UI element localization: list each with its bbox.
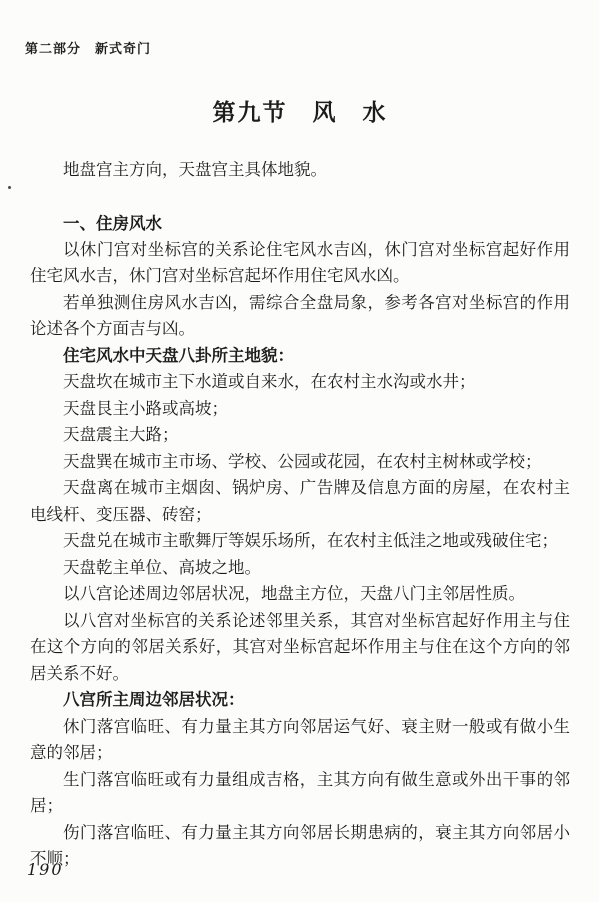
body-paragraph: 天盘乾主单位、高坡之地。 xyxy=(30,555,570,582)
body-paragraph: 以八宫对坐标宫的关系论述邻里关系，其宫对坐标宫起好作用主与住在这个方向的邻居关系… xyxy=(30,608,570,688)
body-paragraph: 天盘艮主小路或高坡； xyxy=(30,396,570,423)
scan-artifact-dot xyxy=(8,186,11,189)
body-paragraph: 以休门宫对坐标宫的关系论住宅风水吉凶，休门宫对坐标宫起好作用住宅风水吉，休门宫对… xyxy=(30,237,570,290)
body-paragraph: 天盘坎在城市主下水道或自来水，在农村主水沟或水井； xyxy=(30,369,570,396)
body-paragraph: 若单独测住房风水吉凶，需综合全盘局象，参考各宫对坐标宫的作用论述各个方面吉与凶。 xyxy=(30,290,570,343)
section-heading: 一、住房风水 xyxy=(30,210,570,237)
page-body: 第九节 风 水 地盘宫主方向，天盘宫主具体地貌。 一、住房风水 以休门宫对坐标宫… xyxy=(30,94,570,873)
body-paragraph: 天盘兑在城市主歌舞厅等娱乐场所，在农村主低洼之地或残破住宅； xyxy=(30,528,570,555)
body-paragraph: 生门落宫临旺或有力量组成吉格，主其方向有做生意或外出干事的邻居； xyxy=(30,767,570,820)
page-number: 190 xyxy=(27,860,64,879)
intro-paragraph: 地盘宫主方向，天盘宫主具体地貌。 xyxy=(30,157,570,184)
body-paragraph: 休门落宫临旺、有力量主其方向邻居运气好、衰主财一般或有做小生意的邻居； xyxy=(30,714,570,767)
bold-subheading: 八宫所主周边邻居状况： xyxy=(30,687,570,714)
body-paragraph: 天盘巽在城市主市场、学校、公园或花园，在农村主树林或学校； xyxy=(30,449,570,476)
body-paragraph: 天盘震主大路； xyxy=(30,422,570,449)
page-title: 第九节 风 水 xyxy=(30,94,570,127)
body-paragraph: 天盘离在城市主烟囱、锅炉房、广告牌及信息方面的房屋，在农村主电线杆、变压器、砖窑… xyxy=(30,475,570,528)
bold-subheading: 住宅风水中天盘八卦所主地貌： xyxy=(30,343,570,370)
body-paragraph: 以八宫论述周边邻居状况，地盘主方位，天盘八门主邻居性质。 xyxy=(30,581,570,608)
book-page: 第二部分 新式奇门 第九节 风 水 地盘宫主方向，天盘宫主具体地貌。 一、住房风… xyxy=(0,0,599,902)
body-paragraph: 伤门落宫临旺、有力量主其方向邻居长期患病的，衰主其方向邻居小不顺； xyxy=(30,820,570,873)
running-header: 第二部分 新式奇门 xyxy=(25,38,151,57)
